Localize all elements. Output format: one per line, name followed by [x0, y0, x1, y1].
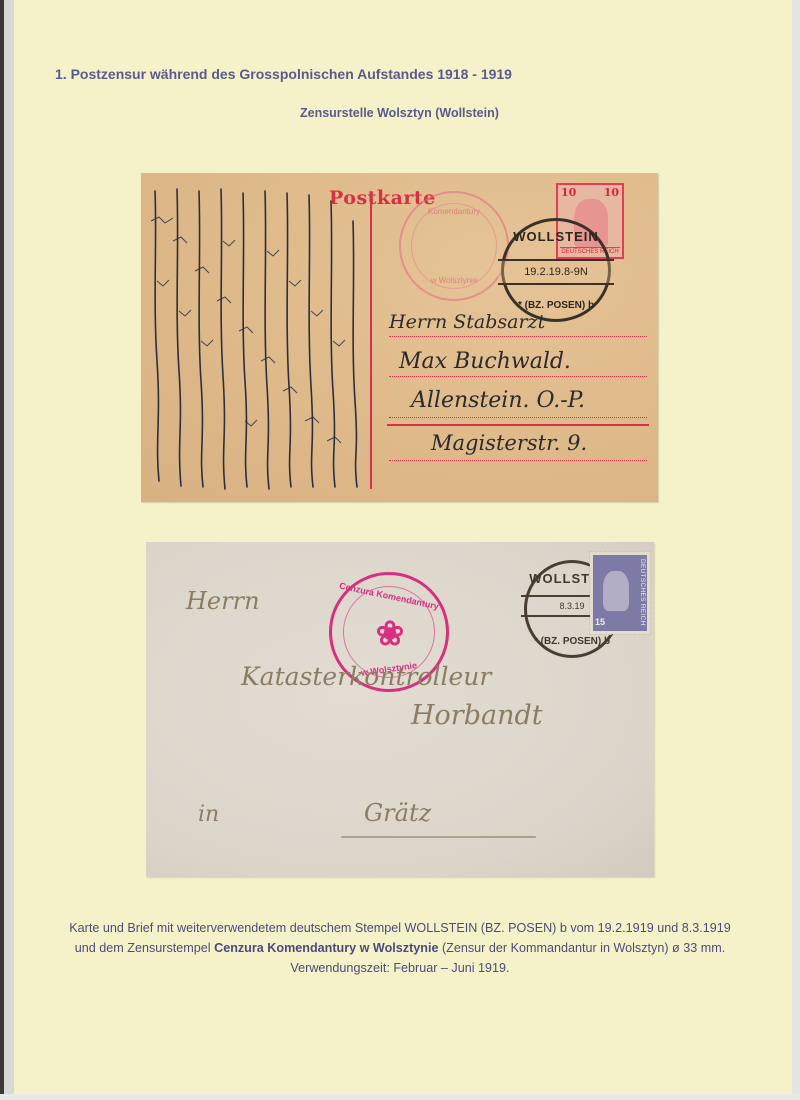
stamp-label: DEUTSCHES REICH	[639, 559, 646, 626]
caption-line-1: Karte und Brief mit weiterverwendetem de…	[40, 918, 760, 938]
germania-figure-icon	[603, 571, 629, 611]
caption-line-2: und dem Zensurstempel Cenzura Komendantu…	[40, 938, 760, 958]
envelope-recipient-title: Katasterkontrolleur	[241, 662, 491, 691]
envelope-recipient-name: Horbandt	[411, 700, 543, 731]
address-recipient-title: Herrn Stabsarzt	[389, 311, 545, 333]
caption-censor-name: Cenzura Komendantury w Wolsztynie	[214, 941, 438, 955]
caption: Karte und Brief mit weiterverwendetem de…	[40, 918, 760, 978]
postmark-date: 19.2.19.8-9N	[498, 259, 614, 285]
scan-edge-left-shadow	[4, 0, 14, 1100]
envelope: Cenzura Komendantury ❀ w Wolsztynie WOLL…	[146, 542, 654, 877]
postcard-divider-line	[370, 203, 372, 489]
postmark-town: WOLLSTEIN	[504, 229, 608, 244]
polish-eagle-icon: ❀	[370, 613, 410, 655]
stamp-value-left: 10	[561, 186, 576, 199]
address-line	[389, 336, 647, 337]
handwriting-scribble-icon	[147, 181, 365, 493]
envelope-in: in	[198, 802, 219, 827]
address-recipient-name: Max Buchwald.	[399, 349, 571, 374]
address-line	[389, 417, 647, 418]
stamp-value: 15	[595, 617, 605, 627]
scan-edge-right	[792, 0, 800, 1100]
city-underline	[341, 836, 536, 838]
address-street: Magisterstr. 9.	[431, 431, 587, 455]
censor-stamp-top-text: Komendantury	[401, 207, 507, 216]
address-line-solid	[387, 424, 649, 426]
postcard: Postkarte Komendantury w Wolsztynie 10 1…	[141, 173, 658, 502]
address-city: Allenstein. O.-P.	[411, 388, 585, 413]
caption-line-3: Verwendungszeit: Februar – Juni 1919.	[40, 958, 760, 978]
caption-line-2-pre: und dem Zensurstempel	[75, 941, 214, 955]
envelope-salutation: Herrn	[186, 587, 260, 615]
postmark-wollstein: WOLLSTEIN 19.2.19.8-9N * (BZ. POSEN) b	[501, 218, 611, 322]
address-line	[389, 460, 647, 461]
envelope-city: Grätz	[364, 799, 431, 827]
address-line	[389, 376, 647, 377]
page-title: 1. Postzensur während des Grosspolnische…	[55, 66, 512, 82]
page-subtitle: Zensurstelle Wolsztyn (Wollstein)	[300, 106, 499, 120]
postmark-district: * (BZ. POSEN) b	[504, 300, 608, 311]
censor-stamp-bottom-text: w Wolsztynie	[401, 276, 507, 285]
censor-stamp-faint: Komendantury w Wolsztynie	[399, 191, 509, 301]
caption-line-2-post: (Zensur der Kommandantur in Wolsztyn) ø …	[438, 941, 725, 955]
postmark-district: * (BZ. POSEN) b	[527, 636, 617, 647]
handwritten-message	[147, 181, 365, 493]
scan-edge-bottom	[0, 1094, 800, 1100]
stamp-value-right: 10	[604, 186, 619, 199]
postage-stamp-15: 15 DEUTSCHES REICH	[590, 552, 650, 634]
